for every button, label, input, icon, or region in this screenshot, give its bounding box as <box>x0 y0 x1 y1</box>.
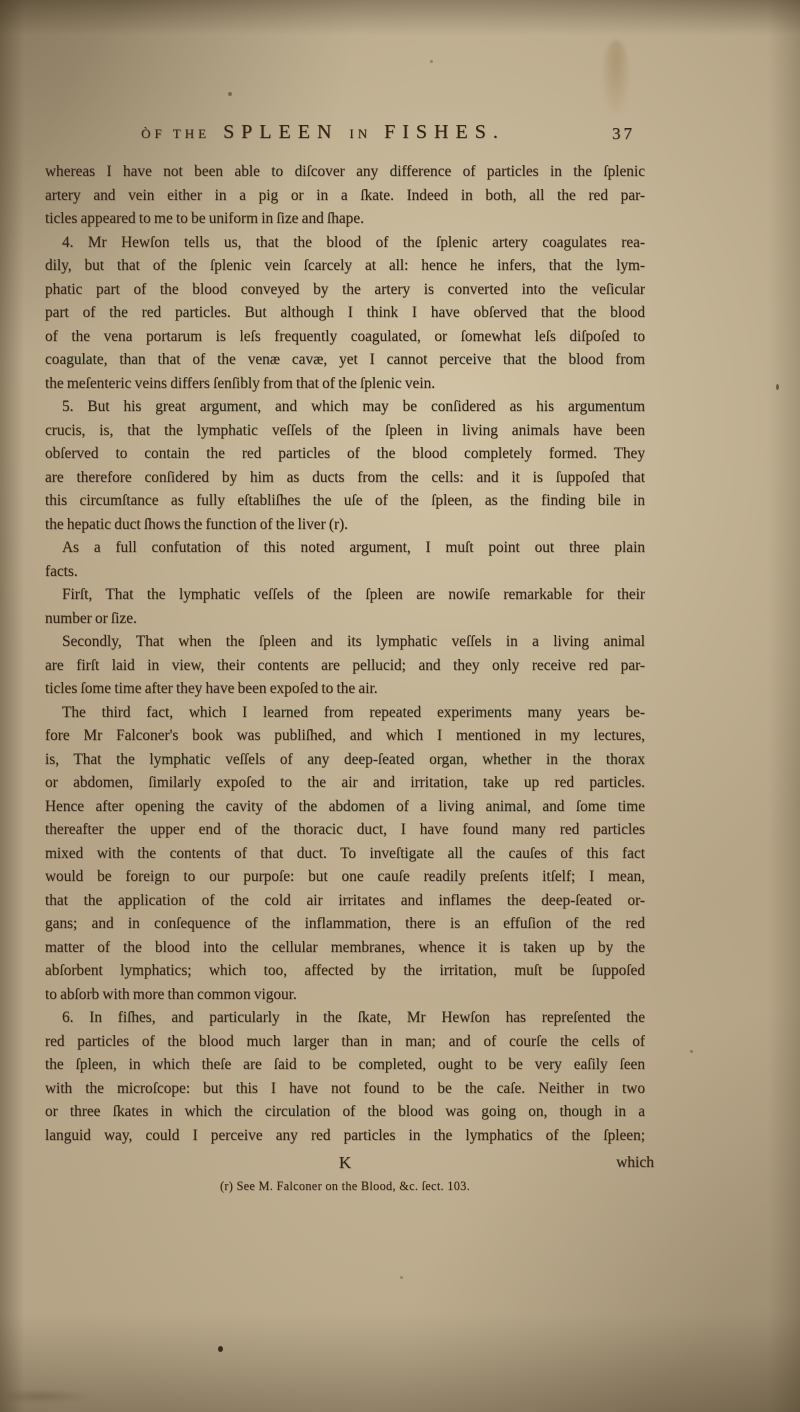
text-line: artery and vein either in a pig or in a … <box>45 184 645 208</box>
text-line: are therefore conſidered by him as ducts… <box>45 466 645 490</box>
text-line: languid way, could I perceive any red pa… <box>45 1124 645 1148</box>
text-line: is, That the lymphatic veſſels of any de… <box>45 748 645 772</box>
paper-smudge <box>8 1390 88 1403</box>
header-title-word-2: FISHES. <box>384 121 505 144</box>
running-header: ÒF THE SPLEEN IN FISHES. <box>45 121 601 144</box>
text-line: As a full confutation of this noted argu… <box>45 536 645 560</box>
text-line: or three ſkates in which the circulation… <box>45 1100 645 1124</box>
header-title-word-1: SPLEEN <box>223 121 338 144</box>
text-line: with the microſcope: but this I have not… <box>45 1077 645 1101</box>
ink-speck <box>228 92 232 96</box>
catchword: which <box>616 1151 654 1175</box>
text-line: 6. In fiſhes, and particularly in the ſk… <box>45 1006 645 1030</box>
text-line: mixed with the contents of that duct. To… <box>45 842 645 866</box>
text-line: Hence after opening the cavity of the ab… <box>45 795 645 819</box>
text-line: of the vena portarum is leſs frequently … <box>45 325 645 349</box>
text-line: ticles appeared to me to be uniform in ſ… <box>45 207 645 231</box>
text-line: dily, but that of the ſplenic vein ſcarc… <box>45 254 645 278</box>
text-line: would be foreign to our purpoſe: but one… <box>45 865 645 889</box>
footnote: (r) See M. Falconer on the Blood, &c. ſe… <box>45 1179 645 1194</box>
text-line: abſorbent lymphatics; which too, affecte… <box>45 959 645 983</box>
text-line: crucis, is, that the lymphatic veſſels o… <box>45 419 645 443</box>
text-line: whereas I have not been able to diſcover… <box>45 160 645 184</box>
text-line: 4. Mr Hewſon tells us, that the blood of… <box>45 231 645 255</box>
text-line: red particles of the blood much larger t… <box>45 1030 645 1054</box>
text-line: ticles ſome time after they have been ex… <box>45 677 645 701</box>
ink-speck <box>218 1346 223 1352</box>
text-line: The third fact, which I learned from rep… <box>45 701 645 725</box>
text-line: Secondly, That when the ſpleen and its l… <box>45 630 645 654</box>
text-line: the hepatic duct ſhows the function of t… <box>45 513 645 537</box>
text-line: facts. <box>45 560 645 584</box>
text-line: matter of the blood into the cellular me… <box>45 936 645 960</box>
text-line: the meſenteric veins differs ſenſibly fr… <box>45 372 645 396</box>
ink-speck <box>776 384 779 390</box>
text-line: part of the red particles. But although … <box>45 301 645 325</box>
header-prefix: ÒF THE <box>141 126 210 142</box>
text-line: fore Mr Falconer's book was publiſhed, a… <box>45 724 645 748</box>
text-line: 5. But his great argument, and which may… <box>45 395 645 419</box>
text-line: to abſorb with more than common vigour. <box>45 983 645 1007</box>
text-line: phatic part of the blood conveyed by the… <box>45 278 645 302</box>
text-line: this circumſtance as fully eſtabliſhes t… <box>45 489 645 513</box>
ink-speck <box>430 60 433 63</box>
text-line: or abdomen, ſimilarly expoſed to the air… <box>45 771 645 795</box>
text-line: coagulate, than that of the venæ cavæ, y… <box>45 348 645 372</box>
text-line: are firſt laid in view, their contents a… <box>45 654 645 678</box>
text-line: that the application of the cold air irr… <box>45 889 645 913</box>
text-line: number or ſize. <box>45 607 645 631</box>
ink-speck <box>690 1050 693 1053</box>
ink-speck <box>400 1276 403 1279</box>
text-line: obſerved to contain the red particles of… <box>45 442 645 466</box>
text-line: the ſpleen, in which theſe are ſaid to b… <box>45 1053 645 1077</box>
text-line: thereafter the upper end of the thoracic… <box>45 818 645 842</box>
page-number: 37 <box>612 124 635 144</box>
text-line: gans; and in conſequence of the inflamma… <box>45 912 645 936</box>
paper-stain <box>602 40 630 114</box>
book-page-photo: { "page": { "colors": { "paper": "#c2b19… <box>0 0 800 1412</box>
body-text: whereas I have not been able to diſcover… <box>45 160 645 1147</box>
header-infix: IN <box>349 126 371 142</box>
text-line: Firſt, That the lymphatic veſſels of the… <box>45 583 645 607</box>
signature-mark: K <box>339 1153 351 1172</box>
signature-line: K which <box>45 1151 645 1175</box>
